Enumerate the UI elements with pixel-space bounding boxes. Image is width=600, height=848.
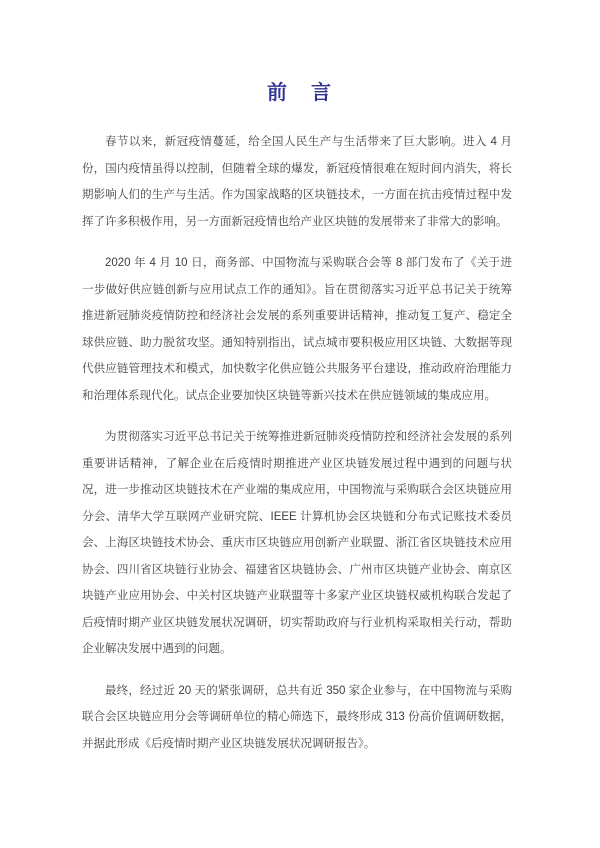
- document-body: 春节以来，新冠疫情蔓延，给全国人民生产与生活带来了巨大影响。进入 4 月份，国内…: [82, 129, 512, 772]
- paragraph-2: 2020 年 4 月 10 日，商务部、中国物流与采购联合会等 8 部门发布了《…: [82, 250, 512, 409]
- page-title: 前 言: [0, 76, 600, 105]
- paragraph-4: 最终，经过近 20 天的紧张调研，总共有近 350 家企业参与，在中国物流与采购…: [82, 678, 512, 758]
- document-page: 前 言 春节以来，新冠疫情蔓延，给全国人民生产与生活带来了巨大影响。进入 4 月…: [0, 0, 600, 848]
- paragraph-1: 春节以来，新冠疫情蔓延，给全国人民生产与生活带来了巨大影响。进入 4 月份，国内…: [82, 129, 512, 235]
- paragraph-3: 为贯彻落实习近平总书记关于统筹推进新冠肺炎疫情防控和经济社会发展的系列重要讲话精…: [82, 424, 512, 663]
